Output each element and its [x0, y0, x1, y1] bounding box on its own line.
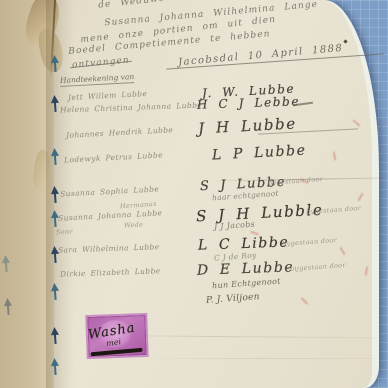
- thread-stitch-icon: [50, 186, 59, 204]
- body-line: de Weduwe en: [98, 0, 188, 11]
- ink-offset-mark: [339, 247, 345, 256]
- thread-stitch-icon: [50, 283, 59, 301]
- document-page: de Weduwe en Susanna Johanna Wilhelmina …: [0, 0, 372, 388]
- ink-offset-mark: [357, 193, 363, 202]
- signatory-name: Helena Christina Johanna Lubbe: [60, 101, 202, 115]
- signatory-name: Jett Willem Lubbe: [68, 89, 148, 102]
- thread-stitch-icon: [50, 358, 59, 376]
- signature-note: bijgestaan door: [290, 261, 346, 273]
- thread-stitch-icon: [50, 55, 59, 73]
- ink-smear: [90, 348, 142, 357]
- thread-stitch-icon: [3, 298, 12, 316]
- dateline: Jacobsdal 10 April 1888: [178, 43, 344, 68]
- thread-stitch-icon: [50, 327, 59, 345]
- photo-canvas: de Weduwe en Susanna Johanna Wilhelmina …: [0, 0, 388, 388]
- signature: H C J Lebbe: [197, 94, 300, 112]
- thread-stitch-icon: [1, 255, 10, 273]
- ink-offset-mark: [365, 266, 369, 275]
- signature-note: hun Echtgenoot: [212, 277, 281, 291]
- signatory-name: Lodewyk Petrus Lubbe: [64, 150, 163, 164]
- signature-note: J J Jacobs: [214, 220, 256, 232]
- revenue-stamp: Washa mei: [85, 313, 148, 359]
- thread-stitch-icon: [50, 95, 59, 113]
- ink-dot: [343, 39, 347, 43]
- signatory-name: Johannes Hendrik Lubbe: [66, 125, 174, 140]
- signatory-name-note: Senr: [56, 228, 73, 237]
- signatory-name: Susanna Sophia Lubbe: [60, 184, 160, 198]
- signatory-name: Dirkie Elizabeth Lubbe: [60, 266, 161, 279]
- ink-offset-mark: [333, 151, 337, 160]
- signature: J H Lubbe: [198, 114, 298, 137]
- thread-stitch-icon: [50, 148, 59, 166]
- signature-note: bygestaan door: [282, 236, 338, 248]
- signatory-name-note: Wede: [124, 221, 144, 230]
- signature-note: P. J. Viljoen: [206, 292, 260, 306]
- ink-offset-mark: [301, 297, 309, 305]
- crease-line: [140, 358, 376, 359]
- signature: L P Lubbe: [212, 143, 307, 164]
- ink-offset-mark: [352, 119, 360, 126]
